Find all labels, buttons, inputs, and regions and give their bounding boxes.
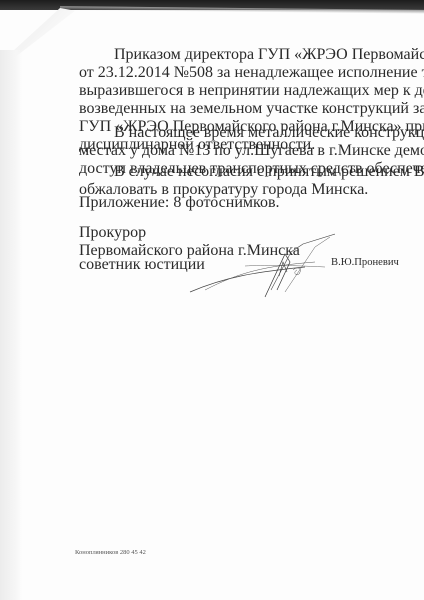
signature-icon <box>185 232 335 302</box>
text-line: В настоящее время металлические конструк… <box>79 124 424 142</box>
text-line: выразившегося в непринятии надлежащих ме… <box>79 82 424 100</box>
attachment-text: Приложение: 8 фотоснимков. <box>79 194 424 212</box>
attachment-note: Приложение: 8 фотоснимков. <box>79 194 424 212</box>
text-line: возведенных на земельном участке констру… <box>79 100 424 118</box>
text-line: местах у дома №13 по ул.Шугаева в г.Минс… <box>79 142 424 160</box>
text-line: Приказом директора ГУП «ЖРЭО Первомайско… <box>79 46 424 64</box>
scan-left-margin <box>0 50 22 600</box>
text-line: от 23.12.2014 №508 за ненадлежащее испол… <box>79 64 424 82</box>
text-line: В случае несогласия с принятым решением … <box>79 163 424 181</box>
signatory-name: В.Ю.Проневич <box>331 256 399 269</box>
footer-contact: Коноплянников 280 45 42 <box>75 546 146 559</box>
